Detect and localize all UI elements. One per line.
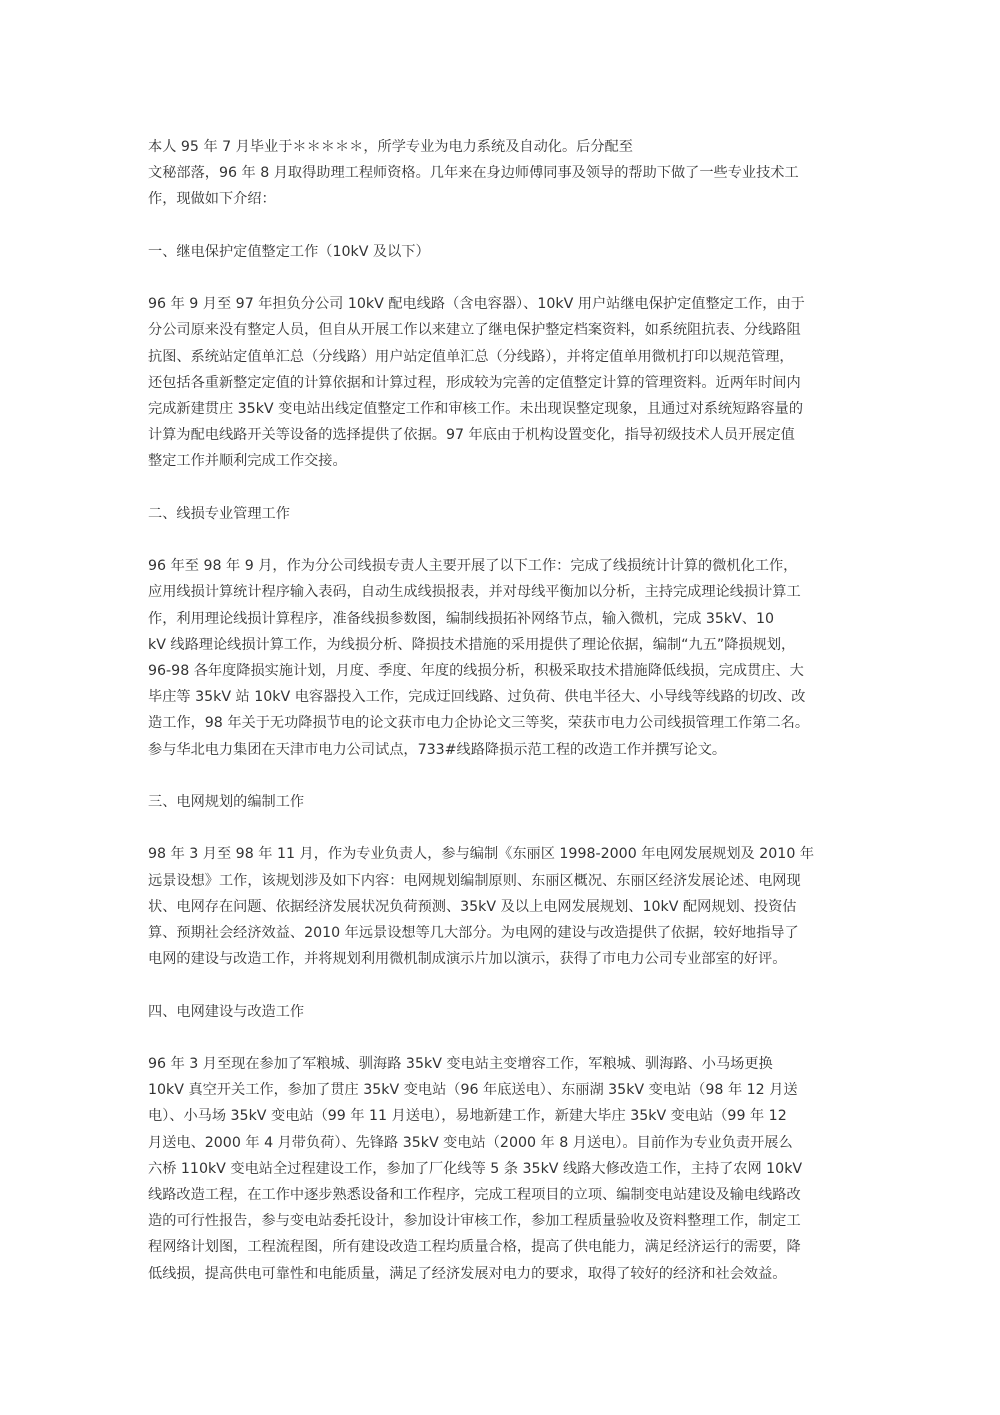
text-line: 计算为配电线路开关等设备的选择提供了依据。97 年底由于机构设置变化，指导初级技… [148,422,864,448]
text-line: 造的可行性报告，参与变电站委托设计，参加设计审核工作，参加工程质量验收及资料整理… [148,1208,864,1234]
paragraph-spacer [148,265,864,291]
text-line: 抗图、系统站定值单汇总（分线路）用户站定值单汇总（分线路），并将定值单用微机打印… [148,344,864,370]
text-line: 算、预期社会经济效益、2010 年远景设想等几大部分。为电网的建设与改造提供了依… [148,920,864,946]
text-line: 电）、小马场 35kV 变电站（99 年 11 月送电），易地新建工作，新建大毕… [148,1103,864,1129]
section-body-relay-protection: 96 年 9 月至 97 年担负分公司 10kV 配电线路（含电容器）、10kV… [148,291,864,474]
text-line: 分公司原来没有整定人员，但自从开展工作以来建立了继电保护整定档案资料，如系统阻抗… [148,317,864,343]
text-line: 状、电网存在问题、依据经济发展状况负荷预测、35kV 及以上电网发展规划、10k… [148,894,864,920]
section-body-grid-construction: 96 年 3 月至现在参加了军粮城、驯海路 35kV 变电站主变增容工作，军粮城… [148,1051,864,1287]
text-line: 还包括各重新整定定值的计算依据和计算过程，形成较为完善的定值整定计算的管理资料。… [148,370,864,396]
paragraph-spacer [148,475,864,501]
text-line: 10kV 真空开关工作，参加了贯庄 35kV 变电站（96 年底送电）、东丽湖 … [148,1077,864,1103]
text-line: 作，现做如下介绍： [148,186,864,212]
intro-paragraph: 本人 95 年 7 月毕业于＊＊＊＊＊，所学专业为电力系统及自动化。后分配至 文… [148,134,864,213]
text-line: 程网络计划图，工程流程图，所有建设改造工程均质量合格，提高了供电能力，满足经济运… [148,1234,864,1260]
text-line: 96-98 各年度降损实施计划，月度、季度、年度的线损分析，积极采取技术措施降低… [148,658,864,684]
text-line: 文秘部落，96 年 8 月取得助理工程师资格。几年来在身边师傅同事及领导的帮助下… [148,160,864,186]
document-page: 本人 95 年 7 月毕业于＊＊＊＊＊，所学专业为电力系统及自动化。后分配至 文… [148,134,864,1287]
text-line: 远景设想》工作，该规划涉及如下内容：电网规划编制原则、东丽区概况、东丽区经济发展… [148,868,864,894]
text-line: 96 年至 98 年 9 月，作为分公司线损专责人主要开展了以下工作：完成了线损… [148,553,864,579]
text-line: 造工作，98 年关于无功降损节电的论文获市电力企协论文三等奖，荣获市电力公司线损… [148,710,864,736]
text-line: 整定工作并顺利完成工作交接。 [148,448,864,474]
section-body-grid-planning: 98 年 3 月至 98 年 11 月，作为专业负责人，参与编制《东丽区 199… [148,841,864,972]
section-heading-line-loss: 二、线损专业管理工作 [148,501,864,527]
text-line: 月送电、2000 年 4 月带负荷）、先锋路 35kV 变电站（2000 年 8… [148,1130,864,1156]
paragraph-spacer [148,972,864,998]
text-line: 参与华北电力集团在天津市电力公司试点，733#线路降损示范工程的改造工作并撰写论… [148,737,864,763]
text-line: 作，利用理论线损计算程序，准备线损参数图，编制线损拓补网络节点，输入微机，完成 … [148,606,864,632]
text-line: 六桥 110kV 变电站全过程建设工作，参加了厂化线等 5 条 35kV 线路大… [148,1156,864,1182]
text-line: 低线损，提高供电可靠性和电能质量，满足了经济发展对电力的要求，取得了较好的经济和… [148,1261,864,1287]
text-line: 96 年 3 月至现在参加了军粮城、驯海路 35kV 变电站主变增容工作，军粮城… [148,1051,864,1077]
text-line: 毕庄等 35kV 站 10kV 电容器投入工作，完成迂回线路、过负荷、供电半径大… [148,684,864,710]
text-line: 应用线损计算统计程序输入表码，自动生成线损报表，并对母线平衡加以分析，主持完成理… [148,579,864,605]
section-heading-relay-protection: 一、继电保护定值整定工作（10kV 及以下） [148,239,864,265]
text-line: 98 年 3 月至 98 年 11 月，作为专业负责人，参与编制《东丽区 199… [148,841,864,867]
paragraph-spacer [148,213,864,239]
text-line: 完成新建贯庄 35kV 变电站出线定值整定工作和审核工作。未出现误整定现象，且通… [148,396,864,422]
text-line: 本人 95 年 7 月毕业于＊＊＊＊＊，所学专业为电力系统及自动化。后分配至 [148,134,864,160]
section-body-line-loss: 96 年至 98 年 9 月，作为分公司线损专责人主要开展了以下工作：完成了线损… [148,553,864,763]
text-line: 线路改造工程，在工作中逐步熟悉设备和工作程序，完成工程项目的立项、编制变电站建设… [148,1182,864,1208]
section-heading-grid-construction: 四、电网建设与改造工作 [148,999,864,1025]
section-heading-grid-planning: 三、电网规划的编制工作 [148,789,864,815]
text-line: 96 年 9 月至 97 年担负分公司 10kV 配电线路（含电容器）、10kV… [148,291,864,317]
paragraph-spacer [148,815,864,841]
text-line: kV 线路理论线损计算工作，为线损分析、降损技术措施的采用提供了理论依据，编制“… [148,632,864,658]
paragraph-spacer [148,763,864,789]
text-line: 电网的建设与改造工作，并将规划利用微机制成演示片加以演示，获得了市电力公司专业部… [148,946,864,972]
paragraph-spacer [148,527,864,553]
paragraph-spacer [148,1025,864,1051]
